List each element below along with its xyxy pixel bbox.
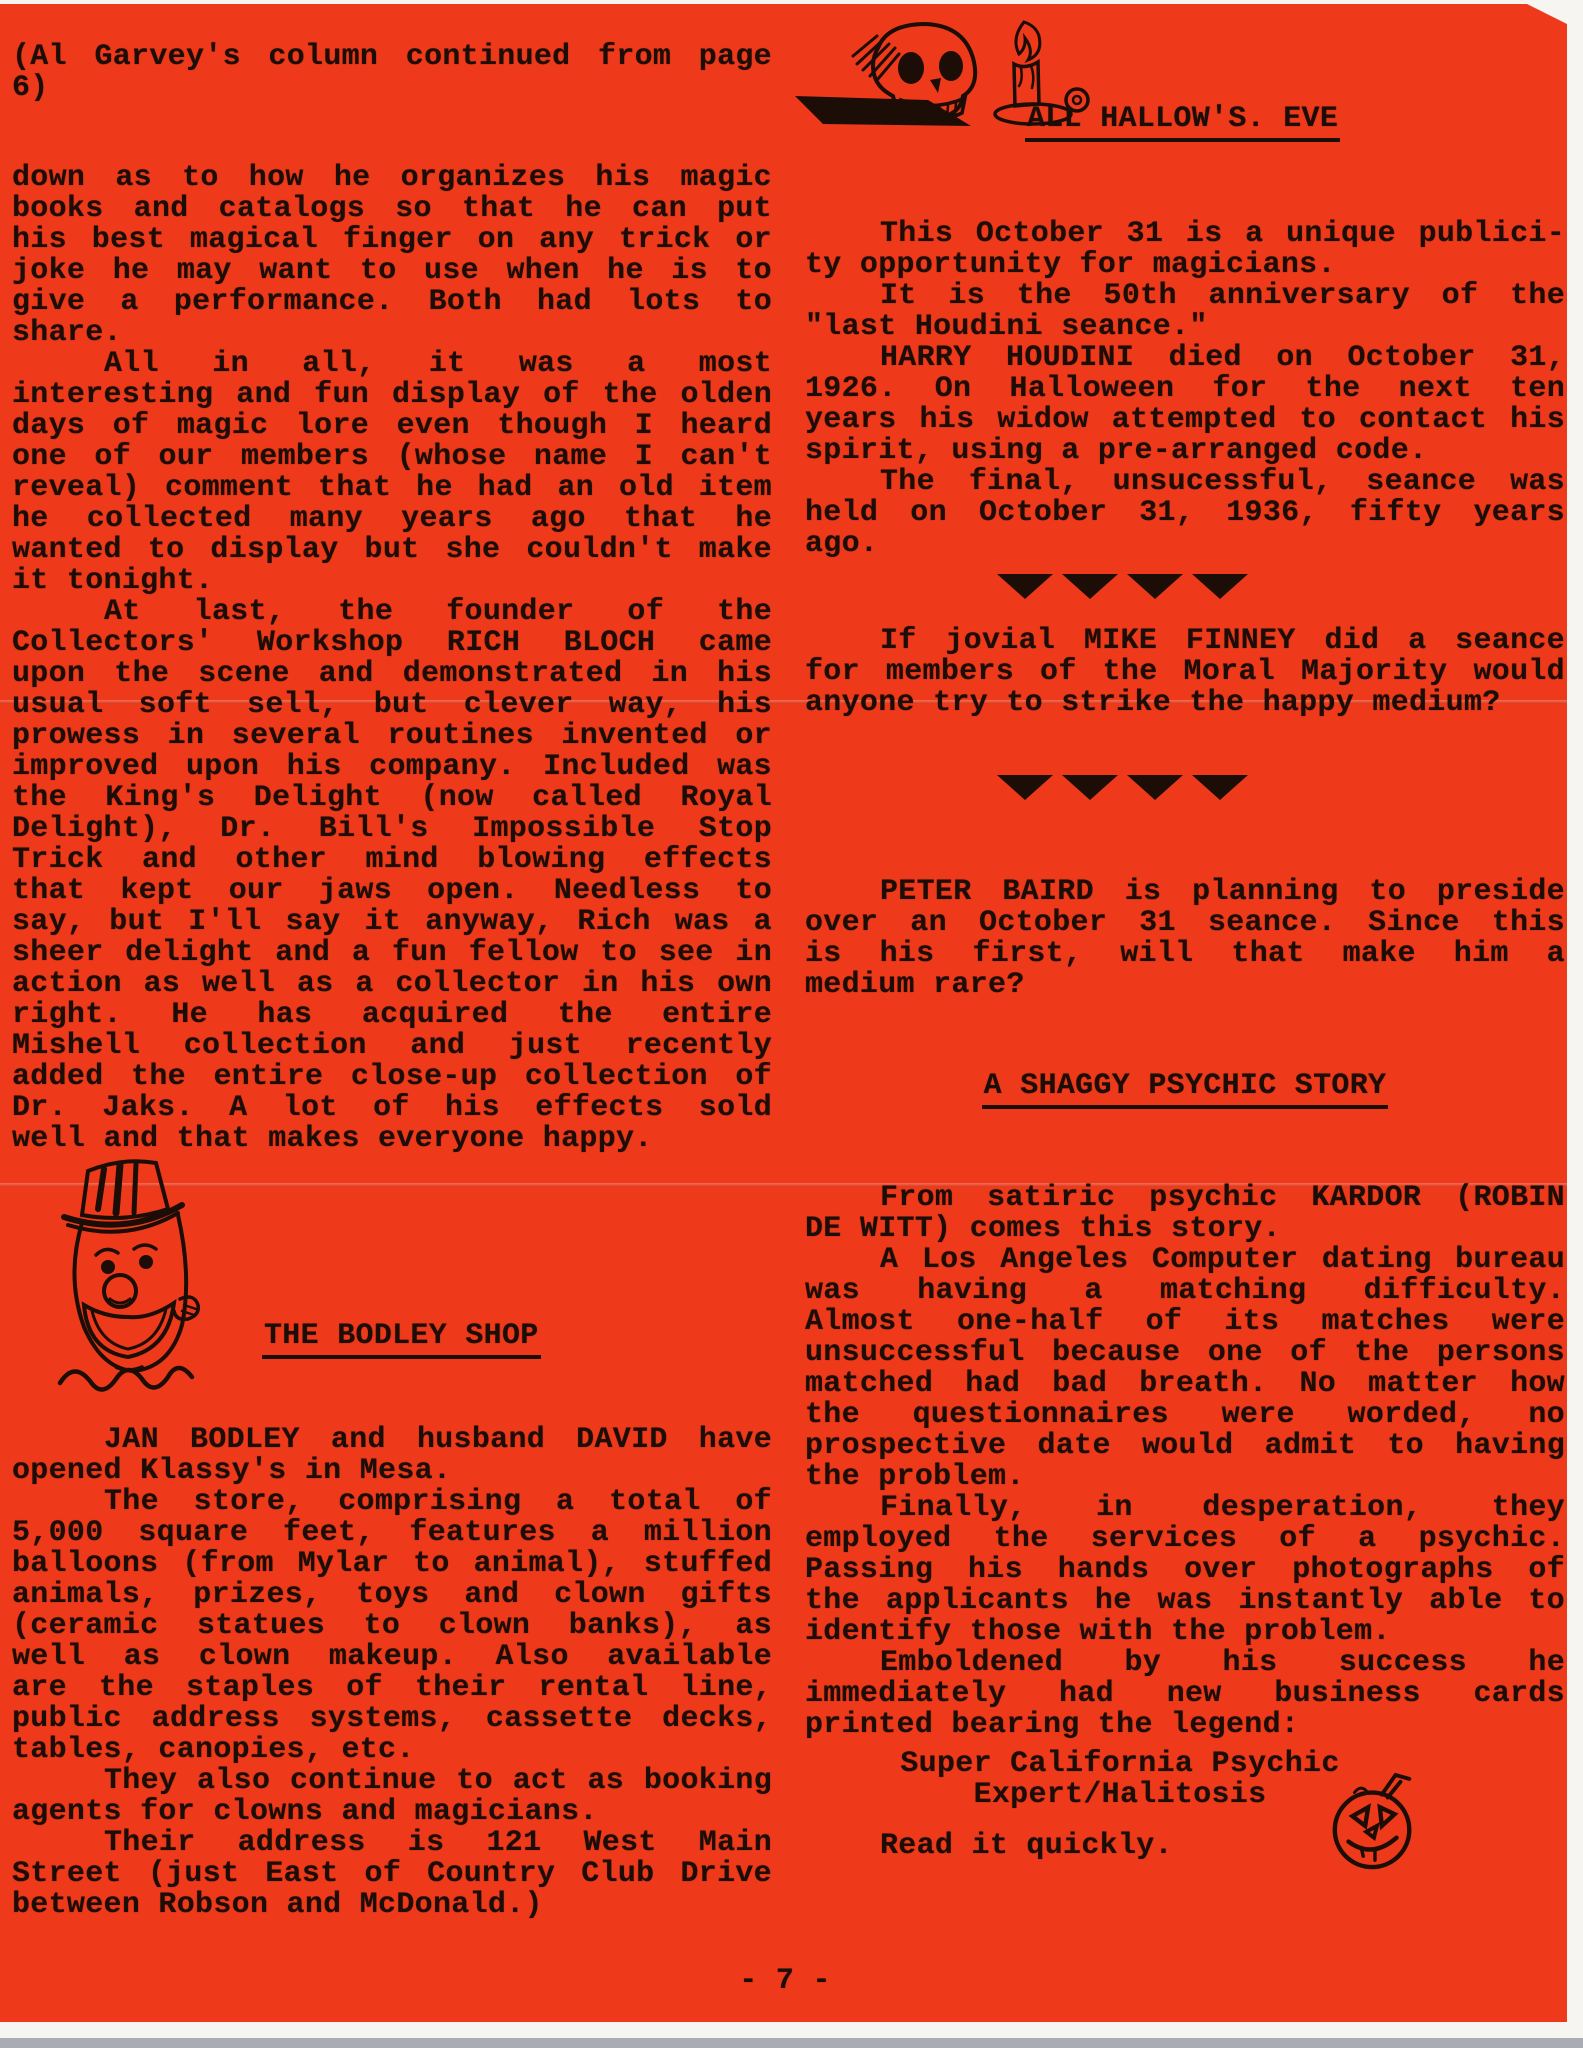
paragraph: From satiric psychic KARDOR (ROBINDE WIT… bbox=[805, 1183, 1565, 1245]
all-hallows-eve-section-header: ALL HALLOW'S. EVE bbox=[805, 14, 1565, 219]
text-line: Dr. Jaks. A lot of his effects sold bbox=[12, 1093, 772, 1124]
bodley-shop-section-header: THE BODLEY SHOP bbox=[12, 1155, 772, 1425]
triangle-divider bbox=[997, 775, 1565, 801]
scan-corner bbox=[1519, 0, 1583, 32]
text-line: improved upon his company. Included was bbox=[12, 752, 772, 783]
paragraph: If jovial MIKE FINNEY did a seancefor me… bbox=[805, 626, 1565, 719]
text-line: Delight), Dr. Bill's Impossible Stop bbox=[12, 814, 772, 845]
text-line: over an October 31 seance. Since this bbox=[805, 908, 1565, 939]
text-line: sheer delight and a fun fellow to see in bbox=[12, 938, 772, 969]
text-line: the problem. bbox=[805, 1462, 1565, 1493]
text-line: was having a matching difficulty. bbox=[805, 1276, 1565, 1307]
text-line: unsuccessful because one of the persons bbox=[805, 1338, 1565, 1369]
paragraph: down as to how he organizes his magicboo… bbox=[12, 163, 772, 349]
text-line: prowess in several routines invented or bbox=[12, 721, 772, 752]
text-line: well as clown makeup. Also available bbox=[12, 1642, 772, 1673]
paragraph: They also continue to act as bookingagen… bbox=[12, 1766, 772, 1828]
triangle-glyph bbox=[997, 574, 1053, 599]
text-line: is his first, will that make him a bbox=[805, 939, 1565, 970]
text-line: balloons (from Mylar to animal), stuffed bbox=[12, 1549, 772, 1580]
text-line: (Al Garvey's column continued from page bbox=[12, 42, 772, 73]
triangle-glyph bbox=[997, 775, 1053, 800]
text-line: JAN BODLEY and husband DAVID have bbox=[12, 1425, 772, 1456]
text-line: Emboldened by his success he bbox=[805, 1648, 1565, 1679]
text-line: reveal) comment that he had an old item bbox=[12, 473, 772, 504]
triangle-glyph bbox=[1062, 775, 1118, 800]
text-line: This October 31 is a unique publici- bbox=[805, 219, 1565, 250]
text-line: It is the 50th anniversary of the bbox=[805, 281, 1565, 312]
text-line: joke he may want to use when he is to bbox=[12, 256, 772, 287]
text-line: upon the scene and demonstrated in his bbox=[12, 659, 772, 690]
read-note: Read it quickly. bbox=[880, 1831, 1565, 1862]
text-line: anyone try to strike the happy medium? bbox=[805, 688, 1565, 719]
text-line: ty opportunity for magicians. bbox=[805, 250, 1565, 281]
paragraph: Emboldened by his success heimmediately … bbox=[805, 1648, 1565, 1741]
triangle-glyph bbox=[1192, 775, 1248, 800]
text-line: Expert/Halitosis bbox=[894, 1780, 1346, 1811]
triangle-glyph bbox=[1062, 574, 1118, 599]
text-line: HARRY HOUDINI died on October 31, bbox=[805, 343, 1565, 374]
triangle-glyph bbox=[1127, 574, 1183, 599]
triangle-glyph bbox=[1192, 574, 1248, 599]
text-line: give a performance. Both had lots to bbox=[12, 287, 772, 318]
paragraph: All in all, it was a mostinteresting and… bbox=[12, 349, 772, 597]
paragraph: The final, unsucessful, seance washeld o… bbox=[805, 467, 1565, 560]
text-line: Mishell collection and just recently bbox=[12, 1031, 772, 1062]
text-line: spirit, using a pre-arranged code. bbox=[805, 436, 1565, 467]
shaggy-psychic-story-section-header: A SHAGGY PSYCHIC STORY bbox=[805, 1071, 1565, 1109]
text-line: agents for clowns and magicians. bbox=[12, 1797, 772, 1828]
text-line: wanted to display but she couldn't make bbox=[12, 535, 772, 566]
jack-o-lantern-icon bbox=[1325, 1766, 1423, 1878]
paragraph: Finally, in desperation, theyemployed th… bbox=[805, 1493, 1565, 1648]
page-number: - 7 - bbox=[700, 1966, 870, 1997]
clown-icon bbox=[30, 1157, 235, 1409]
text-line: Almost one-half of its matches were bbox=[805, 1307, 1565, 1338]
text-line: immediately had new business cards bbox=[805, 1679, 1565, 1710]
paragraph: The store, comprising a total of5,000 sq… bbox=[12, 1487, 772, 1766]
text-line: action as well as a collector in his own bbox=[12, 969, 772, 1000]
text-line: employed the services of a psychic. bbox=[805, 1524, 1565, 1555]
text-line: he collected many years ago that he bbox=[12, 504, 772, 535]
text-line: that kept our jaws open. Needless to bbox=[12, 876, 772, 907]
text-line: A Los Angeles Computer dating bureau bbox=[805, 1245, 1565, 1276]
text-line: well and that makes everyone happy. bbox=[12, 1124, 772, 1155]
scanned-newsletter-page: (Al Garvey's column continued from page6… bbox=[0, 0, 1583, 2048]
section-heading-all-hallows-eve: ALL HALLOW'S. EVE bbox=[1025, 104, 1340, 142]
paragraph: Their address is 121 West MainStreet (ju… bbox=[12, 1828, 772, 1921]
text-line: 5,000 square feet, features a million bbox=[12, 1518, 772, 1549]
paragraph: A Los Angeles Computer dating bureauwas … bbox=[805, 1245, 1565, 1493]
text-line: years his widow attempted to contact his bbox=[805, 405, 1565, 436]
text-line: the King's Delight (now called Royal bbox=[12, 783, 772, 814]
text-line: usual soft sell, but clever way, his bbox=[12, 690, 772, 721]
text-line: right. He has acquired the entire bbox=[12, 1000, 772, 1031]
text-line: From satiric psychic KARDOR (ROBIN bbox=[805, 1183, 1565, 1214]
text-line: are the staples of their rental line, bbox=[12, 1673, 772, 1704]
text-line: books and catalogs so that he can put bbox=[12, 194, 772, 225]
text-line: Finally, in desperation, they bbox=[805, 1493, 1565, 1524]
text-line: Passing his hands over photographs of bbox=[805, 1555, 1565, 1586]
text-line: the applicants he was instantly able to bbox=[805, 1586, 1565, 1617]
text-line: public address systems, cassette decks, bbox=[12, 1704, 772, 1735]
text-line: 1926. On Halloween for the next ten bbox=[805, 374, 1565, 405]
text-line: The store, comprising a total of bbox=[12, 1487, 772, 1518]
text-line: (ceramic statues to clown banks), as bbox=[12, 1611, 772, 1642]
business-card-legend: Super California PsychicExpert/Halitosis bbox=[894, 1749, 1346, 1811]
triangle-divider bbox=[997, 574, 1565, 600]
text-line: Collectors' Workshop RICH BLOCH came bbox=[12, 628, 772, 659]
text-line: All in all, it was a most bbox=[12, 349, 772, 380]
text-line: animals, prizes, toys and clown gifts bbox=[12, 1580, 772, 1611]
text-line: identify those with the problem. bbox=[805, 1617, 1565, 1648]
text-line: share. bbox=[12, 318, 772, 349]
text-line: 6) bbox=[12, 73, 772, 104]
text-line: The final, unsucessful, seance was bbox=[805, 467, 1565, 498]
text-line: printed bearing the legend: bbox=[805, 1710, 1565, 1741]
paragraph: PETER BAIRD is planning to presideover a… bbox=[805, 877, 1565, 1001]
scan-edge bbox=[0, 2038, 1583, 2048]
triangle-glyph bbox=[1127, 775, 1183, 800]
continuation-note: (Al Garvey's column continued from page6… bbox=[12, 42, 772, 104]
text-line: PETER BAIRD is planning to preside bbox=[805, 877, 1565, 908]
text-line: the questionnaires were worded, no bbox=[805, 1400, 1565, 1431]
text-line: for members of the Moral Majority would bbox=[805, 657, 1565, 688]
text-line: DE WITT) comes this story. bbox=[805, 1214, 1565, 1245]
text-line: it tonight. bbox=[12, 566, 772, 597]
text-line: his best magical finger on any trick or bbox=[12, 225, 772, 256]
text-line: say, but I'll say it anyway, Rich was a bbox=[12, 907, 772, 938]
text-line: one of our members (whose name I can't bbox=[12, 442, 772, 473]
text-line: interesting and fun display of the olden bbox=[12, 380, 772, 411]
text-line: held on October 31, 1936, fifty years bbox=[805, 498, 1565, 529]
text-line: tables, canopies, etc. bbox=[12, 1735, 772, 1766]
paragraph: It is the 50th anniversary of the"last H… bbox=[805, 281, 1565, 343]
section-heading-shaggy-psychic-story: A SHAGGY PSYCHIC STORY bbox=[982, 1071, 1389, 1109]
paragraph: At last, the founder of theCollectors' W… bbox=[12, 597, 772, 1155]
text-line: Trick and other mind blowing effects bbox=[12, 845, 772, 876]
text-line: opened Klassy's in Mesa. bbox=[12, 1456, 772, 1487]
text-line: medium rare? bbox=[805, 970, 1565, 1001]
section-heading-bodley-shop: THE BODLEY SHOP bbox=[262, 1321, 541, 1359]
text-line: "last Houdini seance." bbox=[805, 312, 1565, 343]
text-line: They also continue to act as booking bbox=[12, 1766, 772, 1797]
text-line: If jovial MIKE FINNEY did a seance bbox=[805, 626, 1565, 657]
text-line: matched had bad breath. No matter how bbox=[805, 1369, 1565, 1400]
text-line: prospective date would admit to having bbox=[805, 1431, 1565, 1462]
text-line: Street (just East of Country Club Drive bbox=[12, 1859, 772, 1890]
text-line: down as to how he organizes his magic bbox=[12, 163, 772, 194]
text-line: ago. bbox=[805, 529, 1565, 560]
text-line: Super California Psychic bbox=[894, 1749, 1346, 1780]
right-column: ALL HALLOW'S. EVE This October 31 is a u… bbox=[805, 14, 1565, 1862]
text-line: Their address is 121 West Main bbox=[12, 1828, 772, 1859]
text-line: days of magic lore even though I heard bbox=[12, 411, 772, 442]
text-line: between Robson and McDonald.) bbox=[12, 1890, 772, 1921]
text-line: added the entire close-up collection of bbox=[12, 1062, 772, 1093]
paragraph: HARRY HOUDINI died on October 31,1926. O… bbox=[805, 343, 1565, 467]
paragraph: JAN BODLEY and husband DAVID haveopened … bbox=[12, 1425, 772, 1487]
text-line: At last, the founder of the bbox=[12, 597, 772, 628]
paragraph: This October 31 is a unique publici-ty o… bbox=[805, 219, 1565, 281]
paper-sheet: (Al Garvey's column continued from page6… bbox=[0, 4, 1567, 2022]
left-column: (Al Garvey's column continued from page6… bbox=[12, 42, 772, 1921]
